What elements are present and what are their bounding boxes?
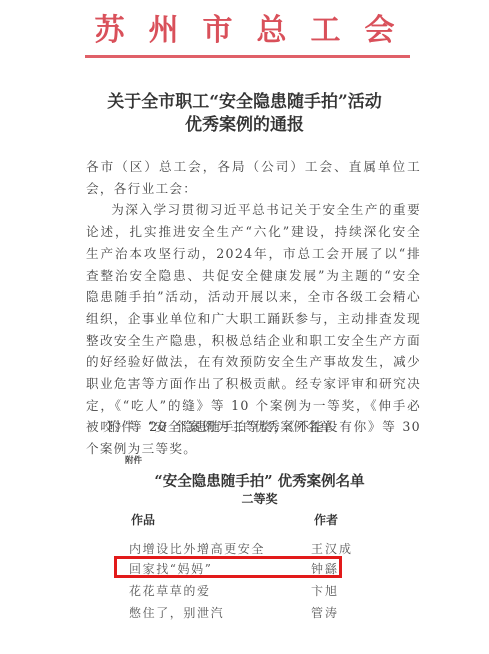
masthead: 苏州市总工会 <box>0 12 489 50</box>
column-header-author: 作者 <box>314 511 338 528</box>
salutation: 各市（区）总工会，各局（公司）工会、直属单位工会，各行业工会： <box>86 156 421 199</box>
row-author: 王汉成 <box>311 540 353 557</box>
masthead-title: 苏州市总工会 <box>0 12 489 50</box>
document-body: 各市（区）总工会，各局（公司）工会、直属单位工会，各行业工会： 为深入学习贯彻习… <box>86 156 421 460</box>
row-work: 憋住了，别泄汽 <box>129 604 224 621</box>
attachment-title: “安全隐患随手拍” 优秀案例名单 <box>0 470 489 491</box>
column-header-work: 作品 <box>131 511 155 528</box>
attachment-label: 附件 <box>125 454 142 466</box>
document-title: 关于全市职工“安全隐患随手拍”活动 优秀案例的通报 <box>0 91 489 137</box>
award-level-heading: 二等奖 <box>0 490 489 507</box>
document-title-line-2: 优秀案例的通报 <box>0 114 489 137</box>
row-author: 管涛 <box>311 604 339 621</box>
attachment-reference: 附件：“安全隐患随手拍”优秀案例名单 <box>108 416 333 435</box>
row-author: 钟繇 <box>311 560 339 577</box>
row-work: 内增设比外增高更安全 <box>129 540 265 557</box>
row-author: 卞旭 <box>311 582 339 599</box>
masthead-divider <box>85 55 410 58</box>
row-work: 回家找“妈妈” <box>129 560 212 577</box>
document-title-line-1: 关于全市职工“安全隐患随手拍”活动 <box>0 91 489 114</box>
row-work: 花花草草的爱 <box>129 582 211 599</box>
